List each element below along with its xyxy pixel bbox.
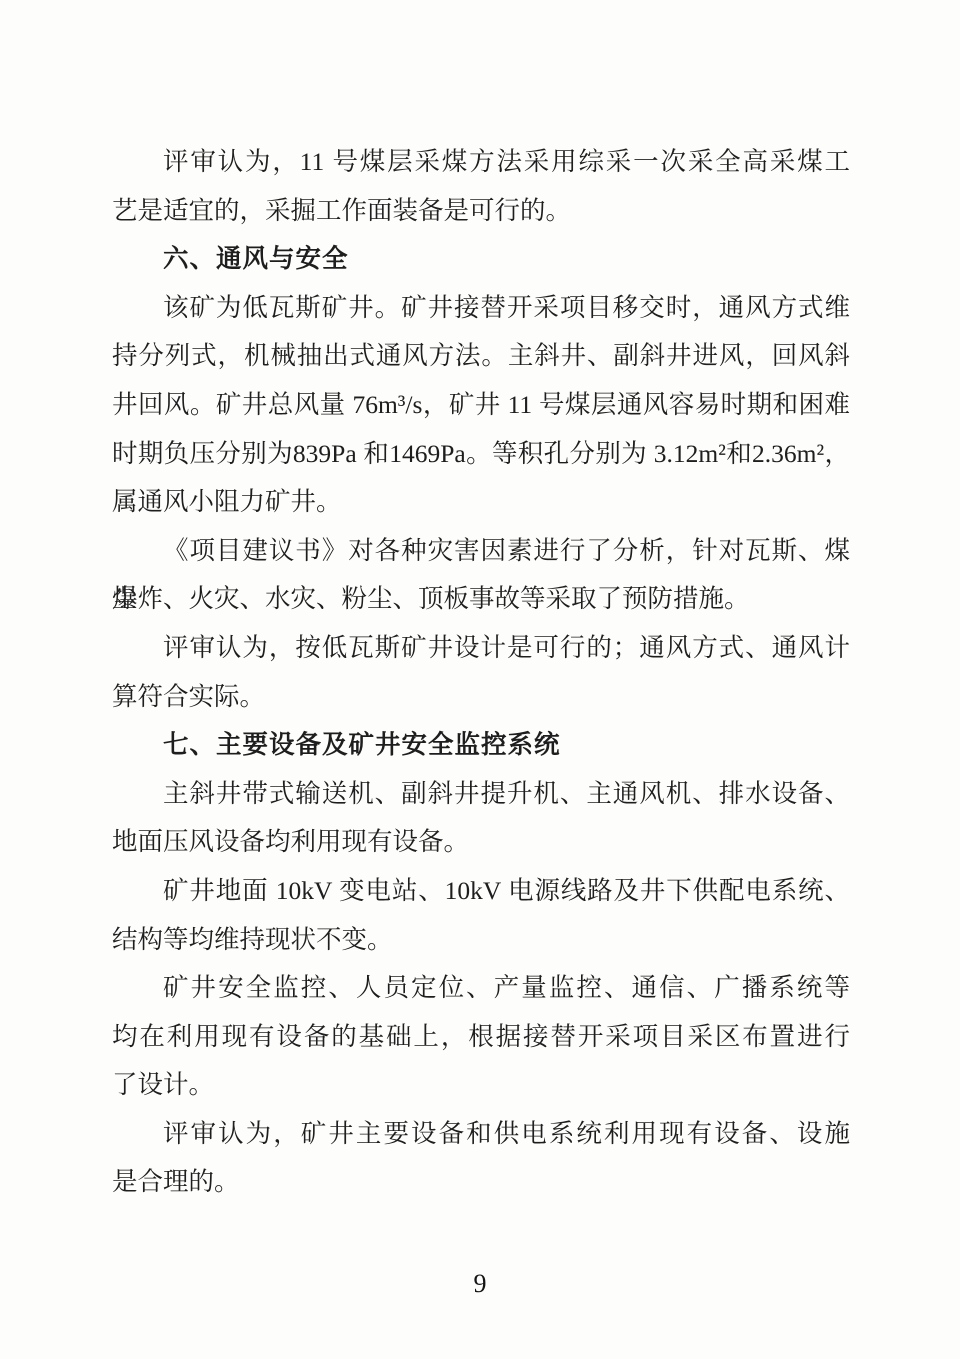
text-line: 评审认为，矿井主要设备和供电系统利用现有设备、设施: [112, 1110, 850, 1159]
text-line: 《项目建议书》对各种灾害因素进行了分析，针对瓦斯、煤尘: [112, 527, 850, 576]
text-line: 主斜井带式输送机、副斜井提升机、主通风机、排水设备、: [112, 770, 850, 819]
section-heading: 六、通风与安全: [112, 235, 850, 284]
page-number: 9: [0, 1266, 960, 1302]
text-line: 矿井地面 10kV 变电站、10kV 电源线路及井下供配电系统、: [112, 867, 850, 916]
section-heading: 七、主要设备及矿井安全监控系统: [112, 721, 850, 770]
document-page: 评审认为，11 号煤层采煤方法采用综采一次采全高采煤工艺是适宜的，采掘工作面装备…: [0, 0, 960, 1359]
text-line: 评审认为，11 号煤层采煤方法采用综采一次采全高采煤工: [112, 138, 850, 187]
text-line: 艺是适宜的，采掘工作面装备是可行的。: [112, 187, 850, 236]
text-line: 该矿为低瓦斯矿井。矿井接替开采项目移交时，通风方式维: [112, 284, 850, 333]
text-line: 属通风小阻力矿井。: [112, 478, 850, 527]
text-line: 评审认为，按低瓦斯矿井设计是可行的；通风方式、通风计: [112, 624, 850, 673]
text-line: 是合理的。: [112, 1158, 850, 1207]
text-line: 算符合实际。: [112, 673, 850, 722]
text-line: 时期负压分别为839Pa 和1469Pa。等积孔分别为 3.12m²和2.36m…: [112, 430, 850, 479]
text-line: 结构等均维持现状不变。: [112, 916, 850, 965]
text-line: 矿井安全监控、人员定位、产量监控、通信、广播系统等: [112, 964, 850, 1013]
text-line: 地面压风设备均利用现有设备。: [112, 818, 850, 867]
text-line: 了设计。: [112, 1061, 850, 1110]
document-body: 评审认为，11 号煤层采煤方法采用综采一次采全高采煤工艺是适宜的，采掘工作面装备…: [112, 138, 850, 1207]
text-line: 爆炸、火灾、水灾、粉尘、顶板事故等采取了预防措施。: [112, 575, 850, 624]
text-line: 井回风。矿井总风量 76m³/s，矿井 11 号煤层通风容易时期和困难: [112, 381, 850, 430]
text-line: 均在利用现有设备的基础上，根据接替开采项目采区布置进行: [112, 1013, 850, 1062]
text-line: 持分列式，机械抽出式通风方法。主斜井、副斜井进风，回风斜: [112, 332, 850, 381]
